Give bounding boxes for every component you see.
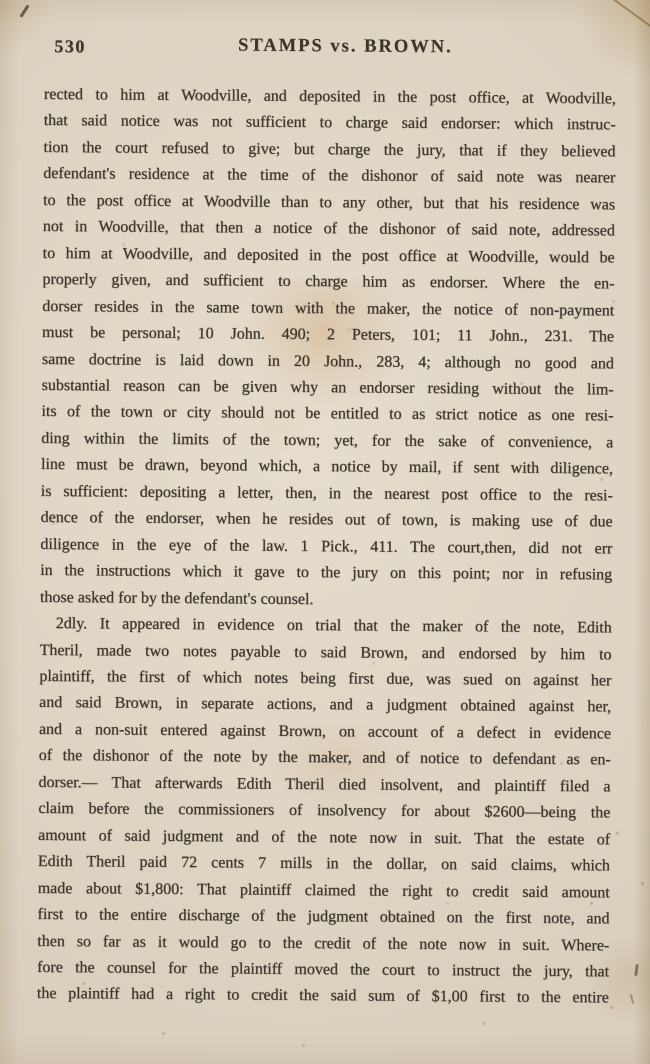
text-line: not in Woodville, that then a notice of … [43,214,615,245]
edge-mark [630,994,634,1004]
text-line: in the instructions which it gave to the… [40,558,612,589]
text-line: the plaintiff had a right to credit the … [37,981,609,1012]
text-line: first to the entire discharge of the jud… [37,902,609,933]
text-line: line must be drawn, beyond which, a noti… [41,452,613,483]
text-line: 2dly. It appeared in evidence on trial t… [40,611,612,642]
page-header: 530 STAMPS vs. BROWN. [0,0,650,69]
scanned-content: 530 STAMPS vs. BROWN. rected to him at W… [0,0,650,69]
text-line: Edith Theril paid 72 cents 7 mills in th… [38,849,610,880]
running-title: STAMPS vs. BROWN. [40,34,650,60]
page-text: rected to him at Woodville, and deposite… [37,82,616,1012]
text-line: must be personal; 10 John. 490; 2 Peters… [42,320,614,351]
text-line: properly given, and sufficient to charge… [42,267,614,298]
text-line: of the dishonor of the note by the maker… [39,743,611,774]
text-line: claim before the commissioners of insolv… [38,796,610,827]
edge-mark [634,964,638,976]
book-page: 530 STAMPS vs. BROWN. rected to him at W… [0,0,650,1064]
text-line: dence of the endorser, when he resides o… [41,505,613,536]
